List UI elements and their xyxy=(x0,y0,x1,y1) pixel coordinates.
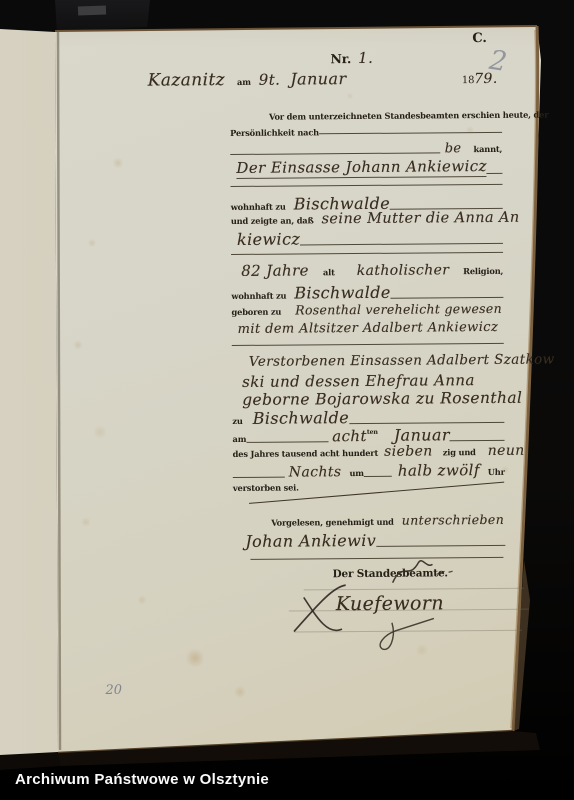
year-label: des Jahres tausend acht hundert xyxy=(233,448,379,459)
deceased-residence: Bischwalde xyxy=(294,283,391,303)
registrar-signature-text: Kuefeworn xyxy=(336,592,444,615)
parents-hand-3: geborne Bojarowska zu Rosenthal xyxy=(242,389,522,409)
time-hand-2: halb zwölf xyxy=(398,461,480,480)
deceased-name-line-2: kiewicz xyxy=(237,228,503,249)
form-rule xyxy=(232,343,504,346)
wohnhaft-label-2: wohnhaft zu xyxy=(231,291,286,301)
am-label: am xyxy=(232,434,246,444)
declarant-signature-line: Johan Ankiewiv xyxy=(245,530,505,551)
declarant-name: Der Einsasse Johann Ankiewicz xyxy=(236,157,487,179)
anzeige-line: und zeigte an, daß seine Mutter die Anna… xyxy=(231,210,503,228)
dateline-month: Januar xyxy=(290,69,346,88)
form-rule xyxy=(246,441,328,443)
anzeige-label: und zeigte an, daß xyxy=(231,215,314,226)
spouse-line: mit dem Altsitzer Adalbert Ankiewicz xyxy=(238,320,499,337)
record-number-value: 1. xyxy=(358,49,373,67)
form-rule xyxy=(391,297,504,299)
form-rule xyxy=(300,243,503,246)
dateline-am-label: am xyxy=(237,77,251,87)
death-day-hand: acht xyxy=(332,427,367,445)
pencil-page-note: 20 xyxy=(105,683,122,698)
year-hand-2: neun xyxy=(488,443,525,459)
bekannt-line: be kannt, xyxy=(230,141,502,158)
persoenlichkeit-label: Persönlichkeit nach xyxy=(230,127,319,138)
parents-line-1: Verstorbenen Einsassen Adalbert Szatkow xyxy=(249,351,555,369)
uhr-label: Uhr xyxy=(488,467,505,477)
zig-label: zig und xyxy=(443,447,476,457)
ten-label: ten xyxy=(367,428,378,435)
time-hand-1: Nachts xyxy=(289,464,342,480)
corner-letter: C. xyxy=(472,31,486,46)
archive-watermark: Archiwum Państwowe w Olsztynie xyxy=(15,771,269,788)
age-hand: 82 Jahre xyxy=(241,261,309,280)
residence-line-2: wohnhaft zu Bischwalde xyxy=(231,282,503,303)
zu-label: zu xyxy=(232,416,242,426)
intro-text: Vor dem unterzeichneten Standesbeamten e… xyxy=(269,109,549,121)
form-rule xyxy=(230,152,440,155)
form-content: Nr. 1. C. 2 Kazanitz am 9t. Januar 18 79… xyxy=(0,0,574,800)
age-religion-line: 82 Jahre alt katholischer Religion, xyxy=(241,260,503,280)
record-number: Nr. 1. xyxy=(330,49,373,67)
bekannt-hand: be xyxy=(445,141,462,156)
closing-label: Vorgelesen, genehmigt und xyxy=(271,517,394,528)
form-rule xyxy=(349,422,504,424)
verstorben-label: verstorben sei. xyxy=(233,482,299,493)
form-rule xyxy=(233,477,285,478)
alt-label: alt xyxy=(323,267,335,277)
closing-line: Vorgelesen, genehmigt und unterschrieben xyxy=(271,512,505,529)
deceased-name-1: seine Mutter die Anna An xyxy=(321,210,519,228)
closing-hand: unterschrieben xyxy=(402,512,505,528)
form-rule xyxy=(231,184,503,187)
geboren-label: geboren zu xyxy=(231,307,281,317)
parents-line-3: geborne Bojarowska zu Rosenthal xyxy=(242,389,522,409)
form-rule xyxy=(487,173,503,174)
religion-label: Religion, xyxy=(463,266,503,276)
dateline: Kazanitz am 9t. Januar 18 79. xyxy=(148,68,498,91)
parents-hand-2: ski und dessen Ehefrau Anna xyxy=(242,371,475,391)
form-rule xyxy=(450,440,505,441)
record-number-label: Nr. xyxy=(330,51,351,66)
deceased-name-2: kiewicz xyxy=(237,229,300,248)
archival-scan: Nr. 1. C. 2 Kazanitz am 9t. Januar 18 79… xyxy=(0,0,574,800)
registrar-signature-flourish xyxy=(284,578,445,659)
corner-letter-text: C. xyxy=(472,31,486,46)
death-place: Bischwalde xyxy=(253,408,350,428)
dateline-year-written: 79. xyxy=(474,71,498,87)
spouse-hand: mit dem Altsitzer Adalbert Ankiewicz xyxy=(238,320,499,337)
form-rule xyxy=(231,252,503,255)
birthplace-hand: Rosenthal verehelicht gewesen xyxy=(295,301,502,318)
intro-line: Vor dem unterzeichneten Standesbeamten e… xyxy=(269,109,549,121)
death-time-line: Nachts um halb zwölf Uhr xyxy=(233,461,505,481)
parents-line-2: ski und dessen Ehefrau Anna xyxy=(242,371,475,391)
dateline-year-printed: 18 xyxy=(462,75,474,86)
persoenlichkeit-line: Persönlichkeit nach xyxy=(230,126,502,138)
religion-hand: katholischer xyxy=(357,262,450,279)
birthplace-line: geboren zu Rosenthal verehelicht gewesen xyxy=(231,301,503,318)
parents-hand-1: Verstorbenen Einsassen Adalbert Szatkow xyxy=(249,351,555,369)
year-hand-1: sieben xyxy=(384,443,433,459)
verstorben-line: verstorben sei. xyxy=(233,482,299,493)
declarant-line: Der Einsasse Johann Ankiewicz xyxy=(236,157,502,179)
dateline-place: Kazanitz xyxy=(148,70,225,91)
wohnhaft-label: wohnhaft zu xyxy=(231,202,286,212)
registrar-signature: Kuefeworn xyxy=(336,592,444,615)
form-rule xyxy=(364,476,392,477)
death-year-line: des Jahres tausend acht hundert sieben z… xyxy=(233,443,505,461)
form-rule xyxy=(376,545,505,547)
dateline-day: 9t. xyxy=(259,71,281,89)
pencil-page-note-text: 20 xyxy=(105,683,122,698)
um-label: um xyxy=(349,468,363,478)
bekannt-print: kannt, xyxy=(473,144,502,154)
declarant-signature: Johan Ankiewiv xyxy=(245,531,376,551)
form-rule xyxy=(319,132,502,134)
death-month-hand: Januar xyxy=(394,425,450,444)
